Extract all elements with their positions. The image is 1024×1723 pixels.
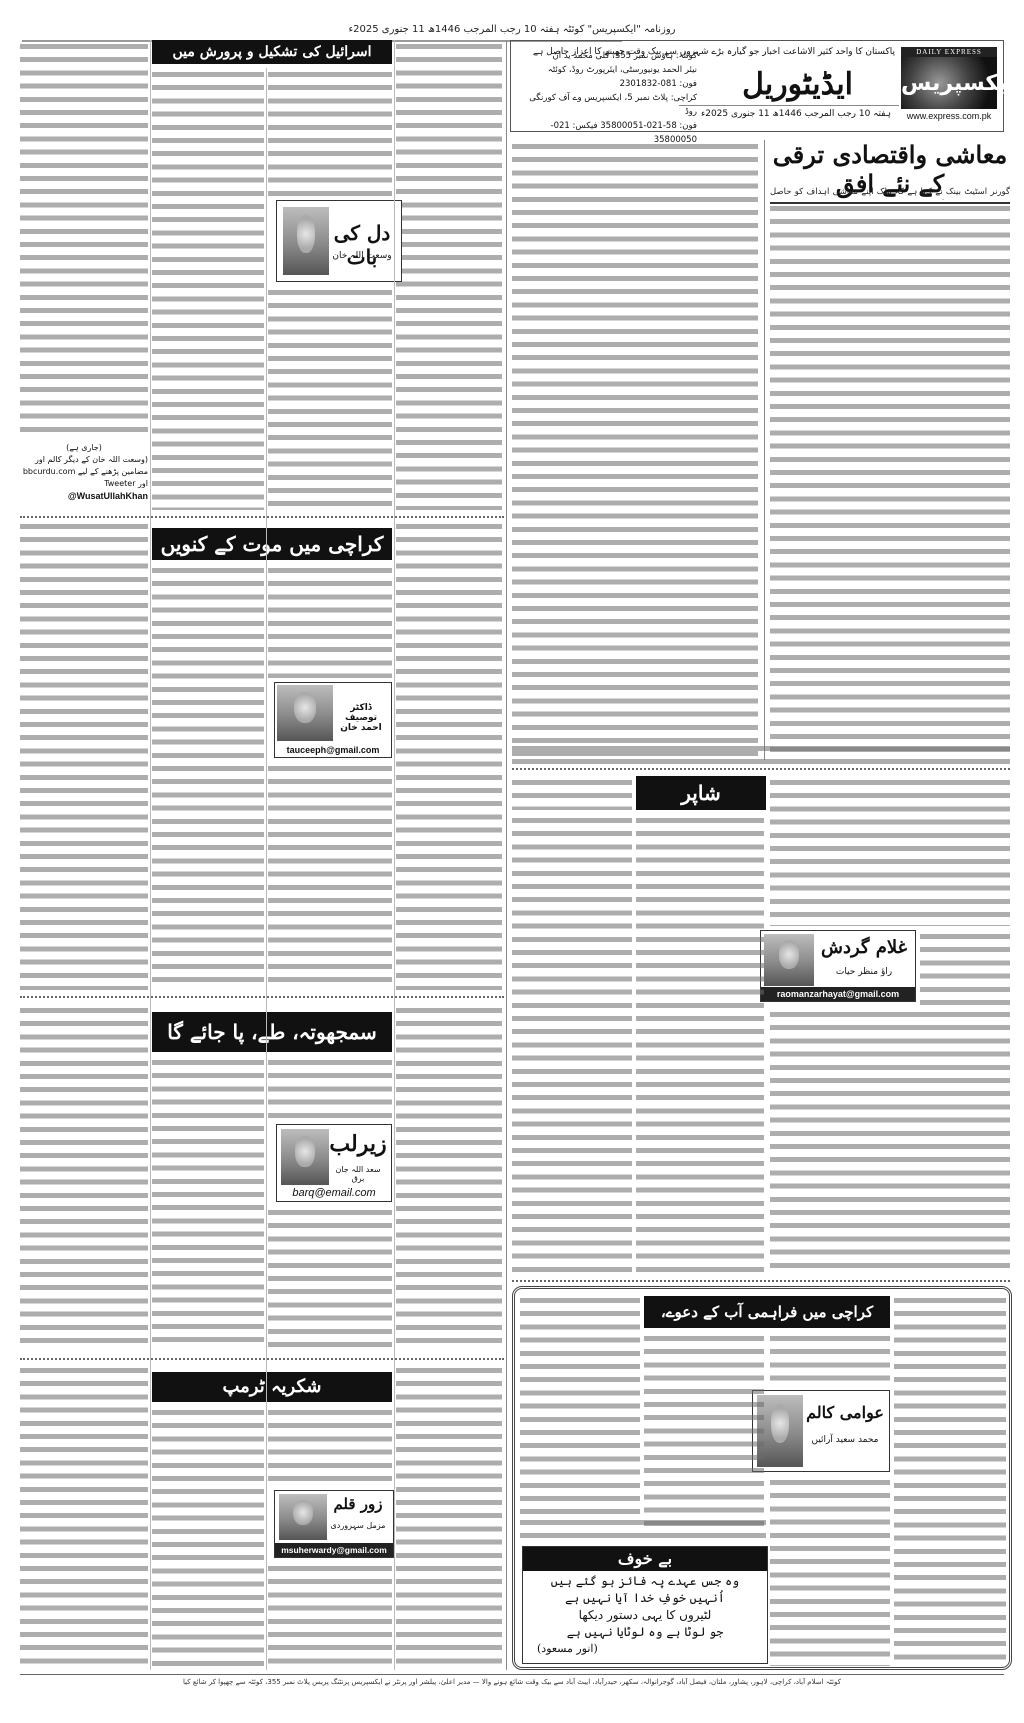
poem-line: جو لوٹا ہے وہ لوٹایا نہیں ہے: [523, 1624, 767, 1641]
article-wells-col2: [268, 564, 392, 678]
twitter-handle[interactable]: @WusatUllahKhan: [20, 490, 148, 502]
masthead: DAILY EXPRESS ایکسپریس www.express.com.p…: [510, 40, 1004, 132]
article-israel-col3: [268, 68, 392, 198]
dateline: روزنامہ "ایکسپریس" کوئٹہ ہفتہ 10 رجب الم…: [0, 24, 1024, 35]
poem-box: بے خوف وہ جس عہدے پہ فائز ہو گئے ہیں اُن…: [522, 1546, 768, 1664]
article-water-col4: [644, 1332, 764, 1532]
column-divider: [394, 40, 395, 1670]
author-name: راؤ منظر حیات: [819, 967, 909, 977]
article-wells-col3: [268, 762, 392, 990]
column-divider: [764, 140, 765, 760]
editorial-body-tail: [512, 742, 1010, 764]
article-shopper-col2: [920, 930, 1010, 1006]
article-wells-col5: [20, 520, 148, 990]
column-divider: [266, 68, 267, 1670]
article-compromise-col4: [152, 1056, 264, 1350]
article-wells-col1: [396, 520, 502, 990]
author-name: مزمل سہروردی: [329, 1521, 387, 1530]
article-water-col3: [770, 1332, 890, 1388]
article-trump-col5: [20, 1364, 148, 1670]
footer-divider: [20, 1674, 1004, 1675]
poem-line: اُنہیں خوفِ خدا آیا نہیں ہے: [523, 1590, 767, 1607]
section-divider: [512, 768, 1010, 770]
columnist-box-dil-ki-baat: دل کی بات وسعت اللہ خان: [276, 200, 402, 282]
website-url[interactable]: www.express.com.pk: [901, 111, 997, 121]
columnist-photo: [277, 685, 333, 741]
column-name: دل کی بات: [329, 221, 395, 269]
masthead-divider: [679, 105, 899, 106]
article-shopper-col1: [770, 776, 1010, 926]
article-water-col5: [770, 1476, 890, 1666]
editorial-intro: گورنر اسٹیٹ بینک نے کہا ہے کہ ملک اپنے م…: [770, 186, 1010, 200]
author-email[interactable]: raomanzarhayat@gmail.com: [761, 987, 915, 1001]
editorial-body-col1: [770, 202, 1010, 757]
logo-urdu-text: ایکسپریس: [901, 71, 997, 96]
column-divider: [150, 40, 151, 1670]
columnist-box-awami-column: عوامی کالم محمد سعید آرائیں: [752, 1390, 890, 1472]
article-trump-col2: [268, 1406, 392, 1486]
column-name: عوامی کالم: [805, 1403, 885, 1422]
quetta-phone: فون: 081-2301832: [517, 77, 697, 91]
columnist-box-zerlab: زیرلب سعد اللہ جان برق barq@email.com: [276, 1124, 392, 1202]
author-email[interactable]: tauceeph@gmail.com: [277, 745, 389, 755]
section-title: ایڈیٹوریل: [742, 67, 853, 102]
article-israel-col2: [152, 68, 264, 510]
footer-imprint: کوئٹہ اسلام آباد، کراچی، لاہور، پشاور، م…: [20, 1678, 1004, 1705]
credit-line: (وسعت اللہ خان کے دیگر کالم اور مضامین پ…: [20, 454, 148, 490]
columnist-photo: [279, 1494, 327, 1540]
article-shopper-lead: [512, 776, 632, 810]
article-shopper-col3: [770, 1008, 1010, 1274]
column-name: زیرلب: [329, 1131, 387, 1157]
continued-note: (جاری ہے): [20, 442, 148, 454]
page-center-rule: [506, 40, 507, 1670]
logo-daily-express: DAILY EXPRESS: [901, 47, 997, 57]
article-trump-headline: شکریہ ٹرمپ: [152, 1372, 392, 1402]
article-israel-col5: [20, 40, 148, 440]
article-trump-col1: [396, 1364, 502, 1670]
article-israel-col1: [396, 40, 502, 510]
express-logo: DAILY EXPRESS ایکسپریس www.express.com.p…: [901, 47, 997, 125]
article-israel-closing: (جاری ہے) (وسعت اللہ خان کے دیگر کالم او…: [20, 442, 148, 502]
author-name: محمد سعید آرائیں: [805, 1435, 885, 1445]
article-compromise-col2: [268, 1056, 392, 1122]
column-name: زور قلم: [329, 1495, 387, 1513]
article-shopper-col4: [636, 814, 764, 1274]
article-karachi-wells-headline: کراچی میں موت کے کنویں: [152, 528, 392, 560]
article-shopper-headline: شاپر: [636, 776, 766, 810]
author-email[interactable]: barq@email.com: [279, 1187, 389, 1199]
author-name: ڈاکٹر توصیف احمد خان: [333, 703, 389, 733]
karachi-address: کراچی: پلاٹ نمبر 5، ایکسپریس وے آف کورنگ…: [517, 91, 697, 119]
section-divider: [512, 1280, 1010, 1282]
columnist-box-tauseef: ڈاکٹر توصیف احمد خان tauceeph@gmail.com: [274, 682, 392, 758]
quetta-address-line2: نیئر الحمد یونیورسٹی، ایئرپورٹ روڈ، کوئٹ…: [517, 63, 697, 77]
article-water-col2: [894, 1294, 1006, 1664]
article-wells-col4: [152, 564, 264, 990]
article-water-headline: کراچی میں فراہمی آب کے دعوے، نقش برآب ثا…: [644, 1296, 890, 1328]
columnist-box-ghulam-gardish: غلام گردش راؤ منظر حیات raomanzarhayat@g…: [760, 930, 916, 1002]
logo-emblem-icon: ایکسپریس: [901, 57, 997, 109]
section-divider: [20, 996, 504, 998]
contact-info: کوئٹہ: ہاؤس نمبر 355، گلی محمد ید ان نیئ…: [517, 49, 697, 147]
masthead-date: ہفتہ 10 رجب المرجب 1446ھ 11 جنوری 2025ء: [701, 109, 891, 119]
article-compromise-col1: [396, 1004, 502, 1350]
article-trump-col4: [152, 1406, 264, 1670]
author-email[interactable]: msuherwardy@gmail.com: [275, 1543, 393, 1557]
article-shopper-col5: [512, 814, 632, 1274]
author-name: سعد اللہ جان برق: [329, 1165, 387, 1183]
poet-name: (انور مسعود): [523, 1641, 767, 1657]
article-compromise-col3: [268, 1206, 392, 1350]
poem-line: وہ جس عہدے پہ فائز ہو گئے ہیں: [523, 1573, 767, 1590]
column-name: غلام گردش: [819, 937, 909, 958]
article-compromise-headline: سمجھوتہ، طے، پا جائے گا: [152, 1012, 392, 1052]
article-water-col1: [520, 1294, 640, 1514]
editorial-body-col2: [512, 140, 758, 760]
section-divider: [20, 1358, 504, 1360]
columnist-photo: [764, 934, 814, 986]
author-name: وسعت اللہ خان: [329, 251, 395, 261]
article-trump-col3: [268, 1562, 392, 1670]
article-israel-headline: اسرائیل کی تشکیل و پرورش میں عالمی ادارو…: [152, 40, 392, 64]
columnist-photo: [283, 207, 329, 275]
article-water-col6: [520, 1516, 766, 1542]
poem-line: لٹیروں کا یہی دستور دیکھا: [523, 1607, 767, 1624]
columnist-box-zor-e-qalam: زور قلم مزمل سہروردی msuherwardy@gmail.c…: [274, 1490, 394, 1558]
article-compromise-col5: [20, 1004, 148, 1350]
columnist-photo: [281, 1129, 329, 1185]
poem-title: بے خوف: [523, 1547, 767, 1571]
section-divider: [20, 516, 504, 518]
article-israel-col4: [268, 286, 392, 510]
quetta-address: کوئٹہ: ہاؤس نمبر 355، گلی محمد ید ان: [517, 49, 697, 63]
